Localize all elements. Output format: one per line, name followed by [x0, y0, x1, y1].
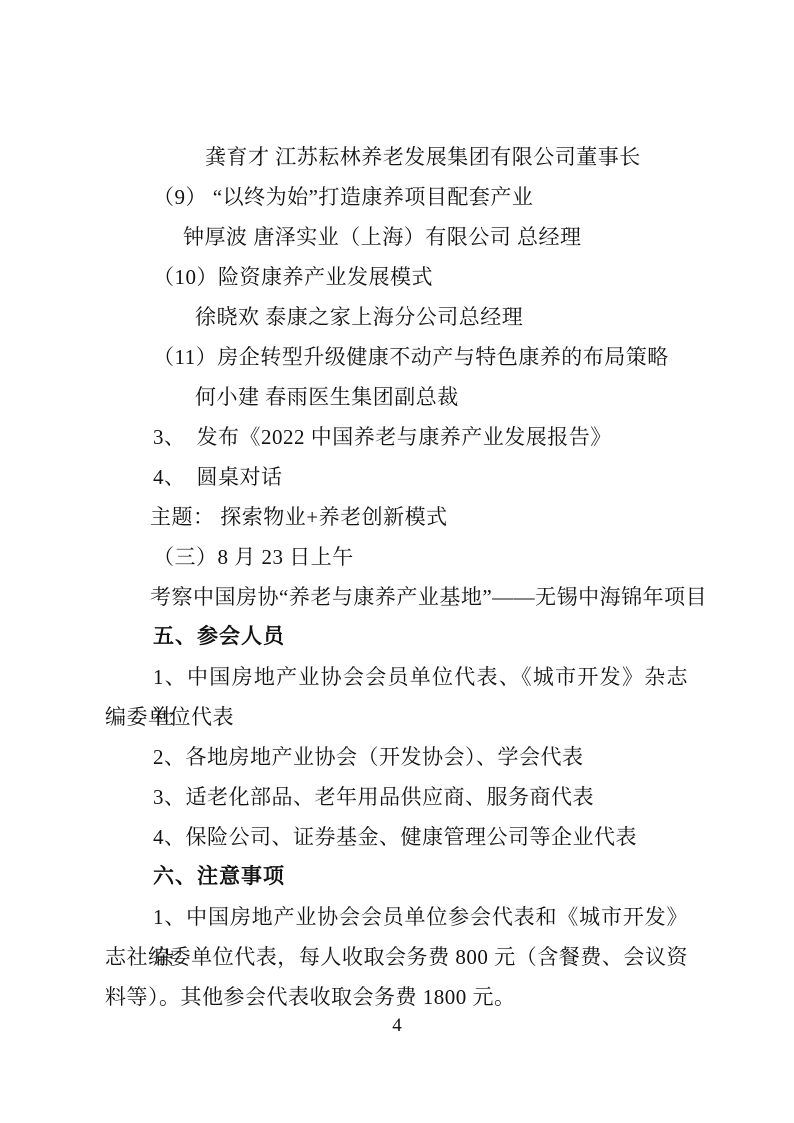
document-page: 龚育才 江苏耘林养老发展集团有限公司董事长（9） “以终为始”打造康养项目配套产… — [0, 0, 794, 1123]
text-line: 何小建 春雨医生集团副总裁 — [195, 377, 688, 417]
section-heading: 六、注意事项 — [153, 857, 688, 897]
text-line: 4、 圆桌对话 — [153, 457, 688, 497]
section-heading: 五、参会人员 — [153, 617, 688, 657]
text-line: （10）险资康养产业发展模式 — [153, 257, 688, 297]
text-line: 志社编委单位代表，每人收取会务费 800 元（含餐费、会议资 — [105, 937, 688, 977]
text-line: 3、 发布《2022 中国养老与康养产业发展报告》 — [153, 417, 688, 457]
text-line: 考察中国房协“养老与康养产业基地”——无锡中海锦年项目 — [150, 577, 688, 617]
text-line: 龚育才 江苏耘林养老发展集团有限公司董事长 — [205, 137, 688, 177]
text-line: （11）房企转型升级健康不动产与特色康养的布局策略 — [153, 337, 688, 377]
text-line: 1、中国房地产业协会会员单位代表、《城市开发》杂志社 — [153, 657, 688, 697]
text-line: 主题： 探索物业+养老创新模式 — [150, 497, 688, 537]
text-line: 1、中国房地产业协会会员单位参会代表和《城市开发》杂 — [153, 897, 688, 937]
text-line: 钟厚波 唐泽实业（上海）有限公司 总经理 — [183, 217, 688, 257]
text-line: 3、适老化部品、老年用品供应商、服务商代表 — [153, 777, 688, 817]
document-body: 龚育才 江苏耘林养老发展集团有限公司董事长（9） “以终为始”打造康养项目配套产… — [105, 137, 688, 1017]
text-line: 徐晓欢 泰康之家上海分公司总经理 — [195, 297, 688, 337]
text-line: （三）8 月 23 日上午 — [153, 537, 688, 577]
text-line: 2、各地房地产业协会（开发协会）、学会代表 — [153, 737, 688, 777]
text-line: 料等）。其他参会代表收取会务费 1800 元。 — [105, 977, 688, 1017]
page-number: 4 — [0, 1014, 794, 1038]
text-line: 4、保险公司、证券基金、健康管理公司等企业代表 — [153, 817, 688, 857]
text-line: （9） “以终为始”打造康养项目配套产业 — [153, 177, 688, 217]
text-line: 编委单位代表 — [105, 697, 688, 737]
